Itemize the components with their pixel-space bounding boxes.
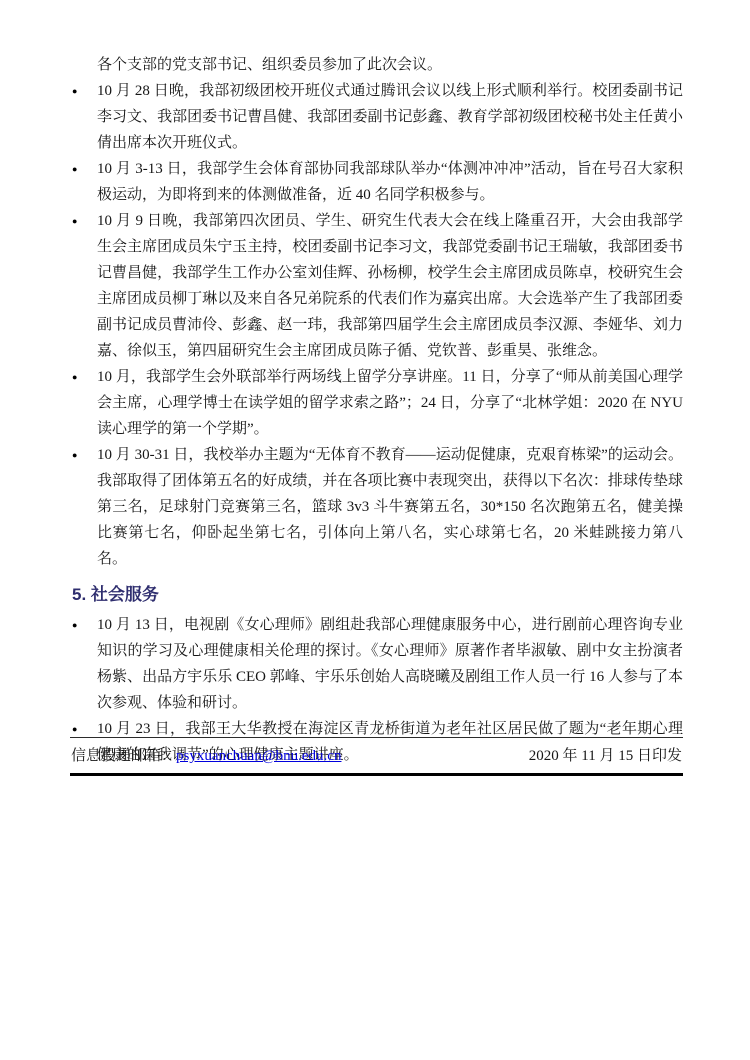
page-footer: 信息投递邮箱：psyxuanchuan@bnu.edu.cn 2020 年 11…: [70, 737, 683, 776]
list-item-text: 10 月 3-13 日，我部学生会体育部协同我部球队举办“体测冲冲冲”活动，旨在…: [97, 156, 683, 208]
paragraph-continuation: 各个支部的党支部书记、组织委员参加了此次会议。: [97, 52, 683, 78]
footer-print-date: 2020 年 11 月 15 日印发: [529, 746, 682, 766]
list-item-text: 10 月 13 日，电视剧《女心理师》剧组赴我部心理健康服务中心，进行剧前心理咨…: [97, 612, 683, 716]
bullet-icon: ●: [72, 612, 97, 638]
bullet-icon: ●: [72, 78, 97, 104]
bullet-icon: ●: [72, 442, 97, 468]
list-item: ● 10 月 28 日晚，我部初级团校开班仪式通过腾讯会议以线上形式顺利举行。校…: [72, 78, 683, 156]
list-item-text: 10 月 30-31 日，我校举办主题为“无体育不教育——运动促健康，克艰育栋梁…: [97, 442, 683, 572]
footer-email-link[interactable]: psyxuanchuan@bnu.edu.cn: [176, 748, 341, 764]
list-item: ● 10 月 30-31 日，我校举办主题为“无体育不教育——运动促健康，克艰育…: [72, 442, 683, 572]
footer-email-label: 信息投递邮箱：: [71, 748, 176, 764]
document-page: 各个支部的党支部书记、组织委员参加了此次会议。 ● 10 月 28 日晚，我部初…: [0, 0, 750, 1060]
list-item: ● 10 月 13 日，电视剧《女心理师》剧组赴我部心理健康服务中心，进行剧前心…: [72, 612, 683, 716]
list-item-text: 10 月 9 日晚，我部第四次团员、学生、研究生代表大会在线上隆重召开，大会由我…: [97, 208, 683, 364]
section-heading-social-service: 5. 社会服务: [72, 583, 683, 607]
list-item-text: 10 月 28 日晚，我部初级团校开班仪式通过腾讯会议以线上形式顺利举行。校团委…: [97, 78, 683, 156]
footer-email-block: 信息投递邮箱：psyxuanchuan@bnu.edu.cn: [71, 746, 341, 766]
list-item: ● 10 月 3-13 日，我部学生会体育部协同我部球队举办“体测冲冲冲”活动，…: [72, 156, 683, 208]
bullet-icon: ●: [72, 208, 97, 234]
list-item-text: 10 月，我部学生会外联部举行两场线上留学分享讲座。11 日，分享了“师从前美国…: [97, 364, 683, 442]
document-body: 各个支部的党支部书记、组织委员参加了此次会议。 ● 10 月 28 日晚，我部初…: [72, 52, 683, 768]
bullet-icon: ●: [72, 156, 97, 182]
list-item: ● 10 月 9 日晚，我部第四次团员、学生、研究生代表大会在线上隆重召开，大会…: [72, 208, 683, 364]
bullet-icon: ●: [72, 364, 97, 390]
list-item: ● 10 月，我部学生会外联部举行两场线上留学分享讲座。11 日，分享了“师从前…: [72, 364, 683, 442]
